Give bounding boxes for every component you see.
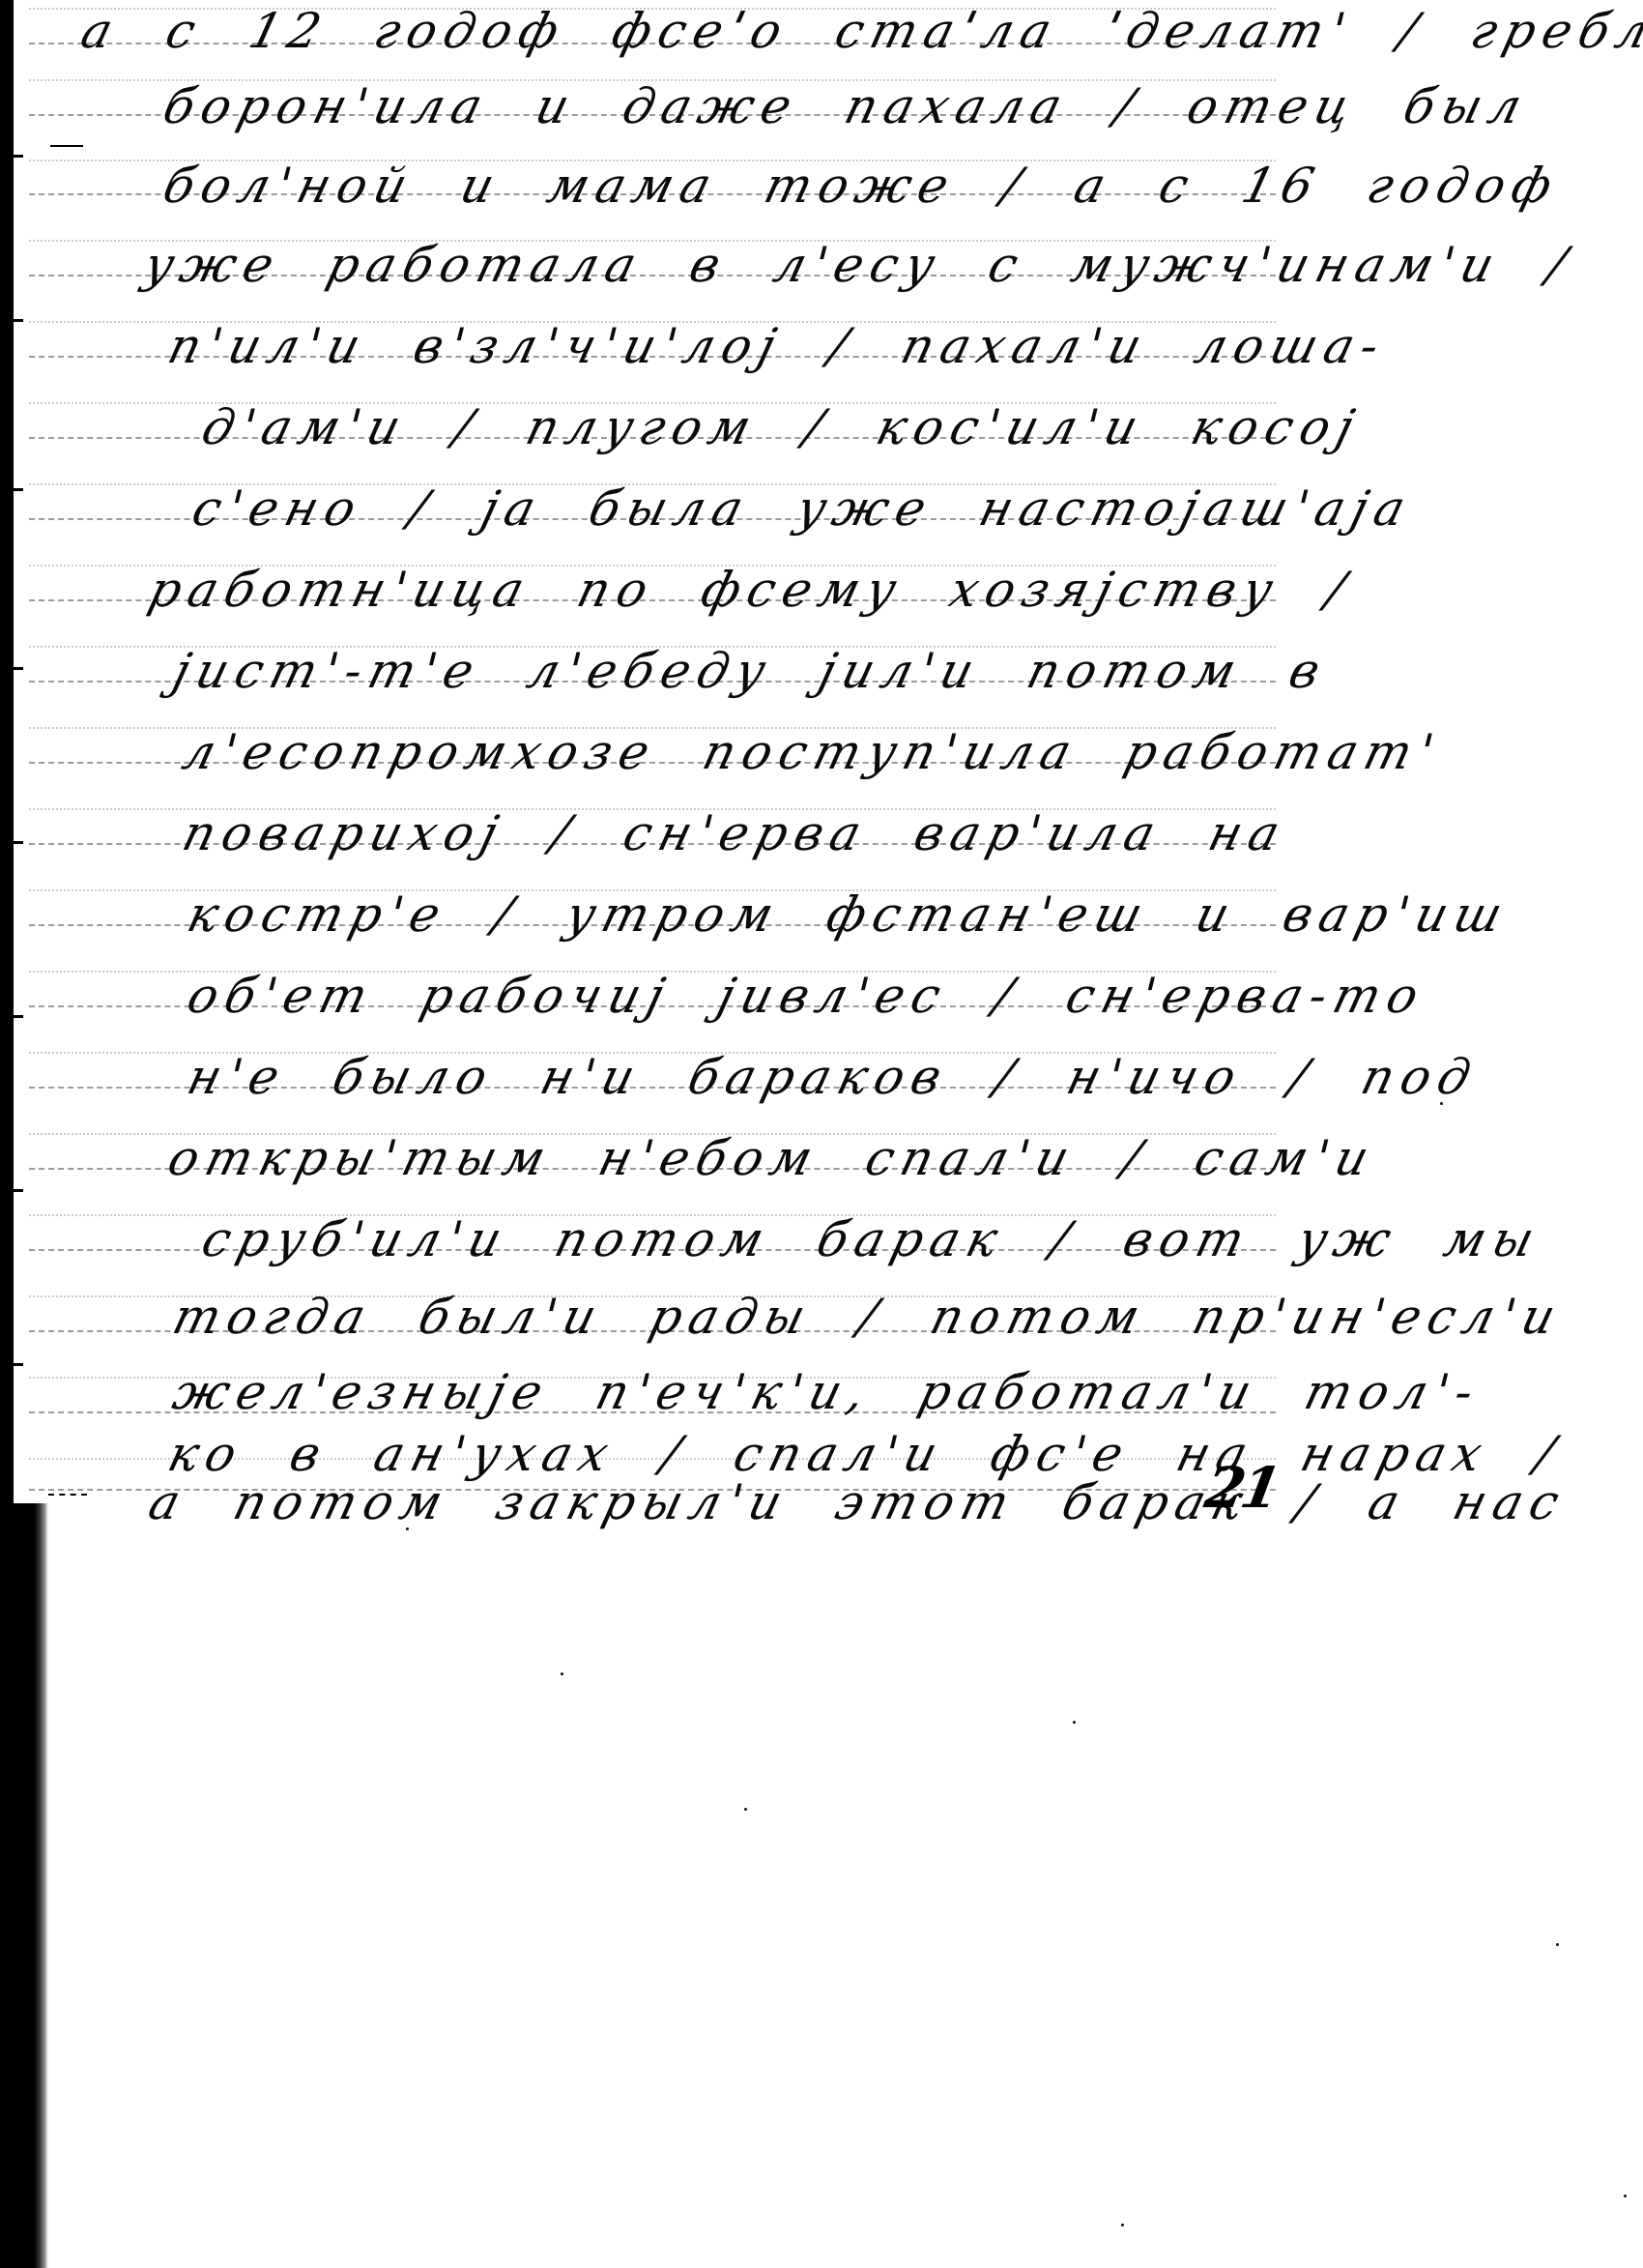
handwritten-line: бол'ной и мама тоже / а с 16 годоф [155,145,1470,226]
handwritten-line: а с 12 годоф фсеˈо стаˈла ˈделат' / греб… [72,0,1388,72]
scan-speck [1556,1943,1559,1946]
handwritten-line: борон'ила и даже пахала / отец был [155,66,1470,147]
handwritten-line: костр'е / утром фстан'еш и вар'иш [179,874,1494,955]
handwritten-line: сруб'ил'и потом барак / вот уж мы [193,1199,1509,1280]
handwritten-line: п'ил'и в'зл'ч'и'лоj / пахал'и лоша- [159,305,1475,387]
binding-notch [14,841,23,844]
handwritten-line: об'ет рабочиj jивл'ес / сн'ерва-то [179,955,1494,1036]
scanned-page: а с 12 годоф фсеˈо стаˈла ˈделат' / греб… [0,0,1643,2268]
binding-shadow [0,1503,48,2268]
handwritten-line: jист'-т'е л'ебеду jил'и потом в [164,630,1480,712]
handwritten-line: откры'тым н'ебом спал'и / сам'и [159,1118,1475,1199]
scan-speck [1073,1721,1076,1724]
handwritten-line: с'ено / jа была уже настоjаш'аjа [184,468,1499,549]
scan-speck [744,1808,747,1811]
binding-notch [14,488,23,491]
binding-strip [0,0,14,1508]
handwritten-line: уже работала в л'есу с мужч'инам'и / [135,224,1451,305]
handwritten-line: поварихоj / сн'ерва вар'ила на [174,793,1489,874]
binding-notch [14,1363,23,1366]
margin-mark [50,145,83,151]
handwritten-line: д'ам'и / плугом / кос'ил'и косоj [193,387,1509,468]
binding-notch [14,667,23,670]
binding-notch [14,319,23,322]
scan-speck [406,1527,409,1530]
binding-notch [14,1015,23,1018]
scan-speck [1440,1102,1443,1105]
handwritten-line: н'е было н'и бараков / н'ичо / под [179,1036,1494,1118]
handwritten-line: тогда был'и рады / потом пр'ин'есл'и [164,1276,1480,1357]
scan-speck [1624,2195,1627,2197]
scan-speck [1121,2224,1124,2226]
binding-notch [14,155,23,158]
binding-edge-mark [48,1494,87,1499]
handwritten-line: работн'ица по фсему хозяjству / [140,549,1456,630]
handwritten-line: л'есопромхозе поступ'ила работат' [174,712,1489,793]
binding-notch [14,1189,23,1192]
page-number: 21 [1200,1455,1283,1521]
scan-speck [561,1672,563,1675]
